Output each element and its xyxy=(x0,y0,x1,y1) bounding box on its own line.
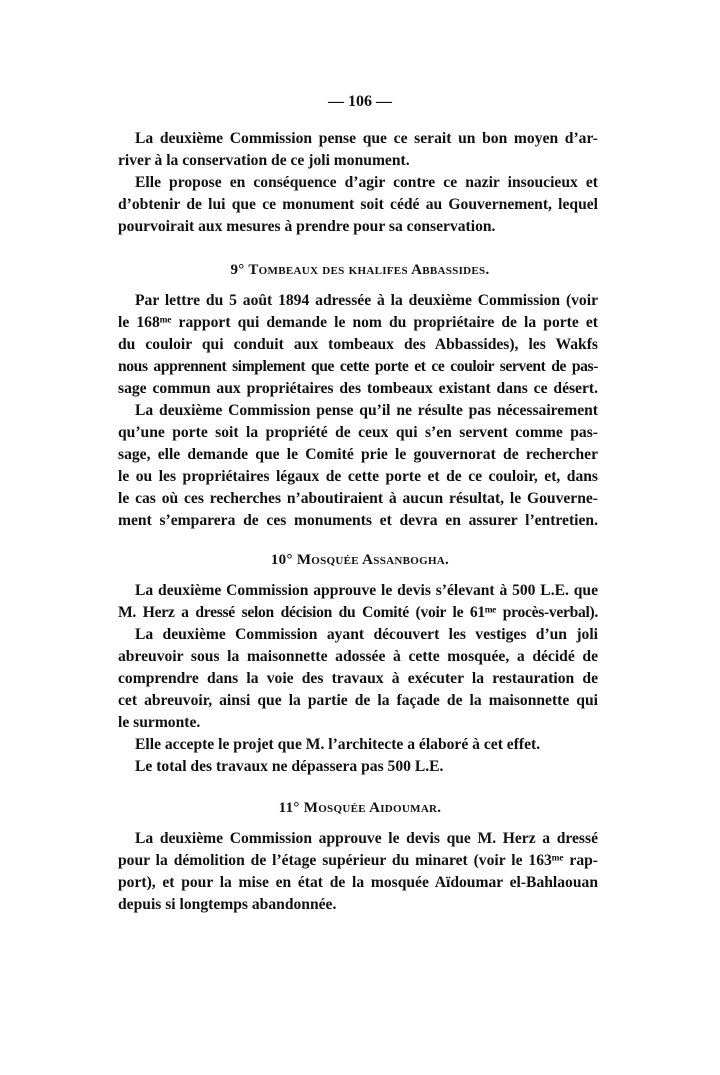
text-line: cet abreuvoir, ainsi que la partie de la… xyxy=(118,690,598,712)
text-line: le surmonte. xyxy=(118,712,598,734)
text-line: La deuxième Commission pense qu’il ne ré… xyxy=(135,400,598,422)
text-line: le ou les propriétaires légaux de cette … xyxy=(118,466,598,488)
text-line: sage, elle demande que le Comité prie le… xyxy=(118,444,598,466)
text-line: pour la démolition de l’étage supérieur … xyxy=(118,850,598,872)
text-line: La deuxième Commission approuve le devis… xyxy=(135,828,598,850)
text-line: sage commun aux propriétaires des tombea… xyxy=(118,378,598,400)
text-line: comprendre dans la voie des travaux à ex… xyxy=(118,668,598,690)
text-line: La deuxième Commission approuve le devis… xyxy=(135,580,598,602)
text-line: qu’une porte soit la propriété de ceux q… xyxy=(118,422,598,444)
text-line: le 168ᵐᵉ rapport qui demande le nom du p… xyxy=(118,312,598,334)
text-line: nous apprennent simplement que cette por… xyxy=(118,356,598,378)
page-number: — 106 — xyxy=(0,93,720,111)
text-line: du couloir qui conduit aux tombeaux des … xyxy=(118,334,598,356)
text-line: Elle propose en conséquence d’agir contr… xyxy=(135,172,598,194)
text-line: La deuxième Commission ayant découvert l… xyxy=(135,624,598,646)
text-line: depuis si longtemps abandonnée. xyxy=(118,894,598,916)
section-heading: 9° Tombeaux des khalifes Abbassides. xyxy=(0,262,720,279)
text-line: port), et pour la mise en état de la mos… xyxy=(118,872,598,894)
text-line: Elle accepte le projet que M. l’architec… xyxy=(135,734,598,756)
text-line: Le total des travaux ne dépassera pas 50… xyxy=(135,756,598,778)
section-heading: 10° Mosquée Assanbogha. xyxy=(0,552,720,569)
text-line: La deuxième Commission pense que ce sera… xyxy=(135,128,598,150)
section-heading: 11° Mosquée Aidoumar. xyxy=(0,800,720,817)
text-line: Par lettre du 5 août 1894 adressée à la … xyxy=(135,290,598,312)
text-line: abreuvoir sous la maisonnette adossée à … xyxy=(118,646,598,668)
text-line: ment s’emparera de ces monuments et devr… xyxy=(118,510,598,532)
text-line: river à la conservation de ce joli monum… xyxy=(118,150,598,172)
document-page: — 106 — La deuxième Commission pense que… xyxy=(0,0,720,1075)
text-line: M. Herz a dressé selon décision du Comit… xyxy=(118,602,598,624)
text-line: pourvoirait aux mesures à prendre pour s… xyxy=(118,216,598,238)
text-line: le cas où ces recherches n’aboutiraient … xyxy=(118,488,598,510)
text-line: d’obtenir de lui que ce monument soit cé… xyxy=(118,194,598,216)
